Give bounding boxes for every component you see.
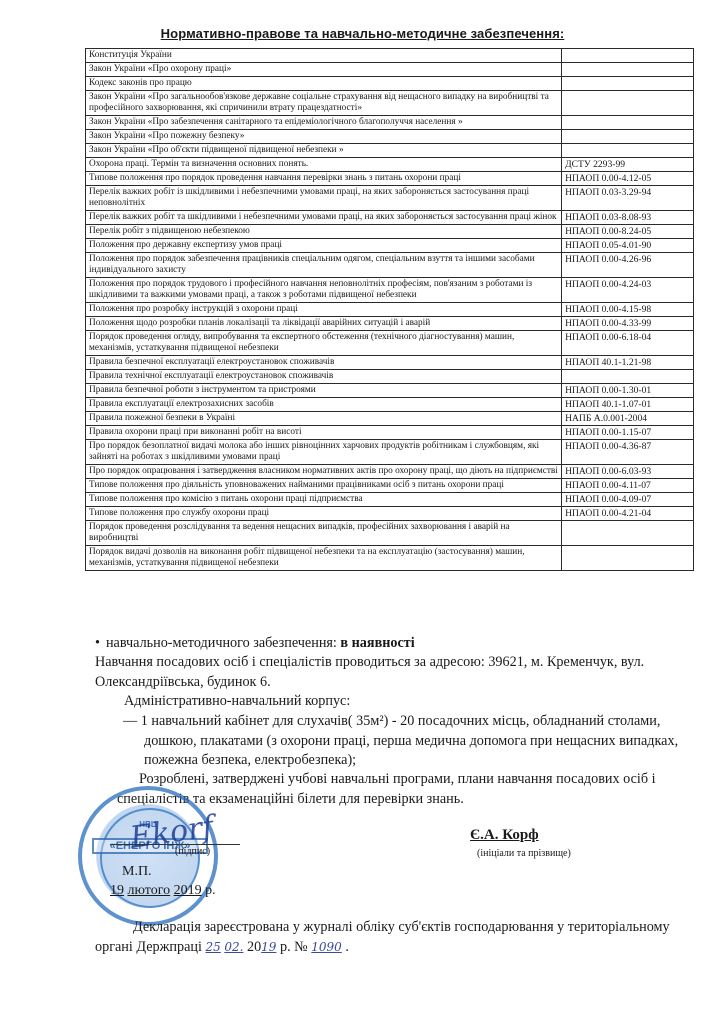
developed-programs: Розроблені, затверджені учбові навчальні… bbox=[117, 770, 702, 809]
document-title-cell: Типове положення про службу охорони прац… bbox=[86, 507, 562, 521]
document-title-cell: Типове положення про порядок проведення … bbox=[86, 172, 562, 186]
table-row: Порядок проведення розслідування та веде… bbox=[86, 521, 694, 546]
document-code-cell: НПАОП 0.00-6.03-93 bbox=[562, 465, 694, 479]
declaration-text: Декларація зареєстрована у журналі облік… bbox=[95, 919, 670, 955]
table-row: Типове положення про комісію з питань ох… bbox=[86, 493, 694, 507]
document-code-cell bbox=[562, 144, 694, 158]
document-code-cell bbox=[562, 91, 694, 116]
date-suffix: р. bbox=[205, 883, 216, 898]
table-row: Про порядок безоплатної видачі молока аб… bbox=[86, 440, 694, 465]
table-row: Правила експлуатації електрозахисних зас… bbox=[86, 398, 694, 412]
page-title: Нормативно-правове та навчально-методичн… bbox=[0, 26, 725, 41]
date-month: лютого bbox=[128, 883, 171, 898]
document-code-cell: НПАОП 0.03-3.29-94 bbox=[562, 186, 694, 211]
reg-day: 25 bbox=[206, 940, 221, 954]
reg-month: 02. bbox=[224, 940, 243, 954]
document-title-cell: Закон України «Про пожежну безпеку» bbox=[86, 130, 562, 144]
document-code-cell: НПАОП 0.00-8.24-05 bbox=[562, 225, 694, 239]
document-code-cell: НПАОП 0.00-4.11-07 bbox=[562, 479, 694, 493]
table-row: Закон України «Про забезпечення санітарн… bbox=[86, 116, 694, 130]
document-title-cell: Порядок проведення огляду, випробування … bbox=[86, 331, 562, 356]
document-title-cell: Закон України «Про охорону праці» bbox=[86, 63, 562, 77]
reg-number: 1090 bbox=[311, 940, 342, 954]
document-title-cell: Правила безпечної роботи з інструментом … bbox=[86, 384, 562, 398]
table-row: Правила пожежної безпеки в УкраїніНАПБ А… bbox=[86, 412, 694, 426]
document-code-cell: НПАОП 0.00-4.09-07 bbox=[562, 493, 694, 507]
document-title-cell: Конституція України bbox=[86, 49, 562, 63]
document-code-cell: НПАОП 0.00-4.12-05 bbox=[562, 172, 694, 186]
document-title-cell: Перелік робіт з підвищеною небезпекою bbox=[86, 225, 562, 239]
document-code-cell bbox=[562, 116, 694, 130]
normative-documents-table: Конституція УкраїниЗакон України «Про ох… bbox=[85, 48, 694, 571]
document-title-cell: Положення про порядок трудового і профес… bbox=[86, 278, 562, 303]
document-code-cell: НАПБ А.0.001-2004 bbox=[562, 412, 694, 426]
document-title-cell: Перелік важких робіт із шкідливими і неб… bbox=[86, 186, 562, 211]
document-code-cell bbox=[562, 521, 694, 546]
table-row: Положення про державну експертизу умов п… bbox=[86, 239, 694, 253]
seal-place-label: М.П. bbox=[122, 864, 152, 880]
declaration-registration: Декларація зареєстрована у журналі облік… bbox=[95, 918, 695, 957]
table-row: Положення про порядок забезпечення праці… bbox=[86, 253, 694, 278]
table-row: Положення про порядок трудового і профес… bbox=[86, 278, 694, 303]
table-row: Правила безпечної експлуатації електроус… bbox=[86, 356, 694, 370]
document-title-cell: Про порядок безоплатної видачі молока аб… bbox=[86, 440, 562, 465]
table-row: Порядок видачі дозволів на виконання роб… bbox=[86, 546, 694, 571]
document-code-cell: НПАОП 0.00-1.15-07 bbox=[562, 426, 694, 440]
table-row: Правила безпечної роботи з інструментом … bbox=[86, 384, 694, 398]
document-title-cell: Перелік важких робіт та шкідливими і неб… bbox=[86, 211, 562, 225]
document-code-cell bbox=[562, 370, 694, 384]
document-code-cell bbox=[562, 546, 694, 571]
table-row: Перелік важких робіт та шкідливими і неб… bbox=[86, 211, 694, 225]
document-title-cell: Закон України «Про об'єкти підвищеної пі… bbox=[86, 144, 562, 158]
document-code-cell bbox=[562, 63, 694, 77]
table-row: Правила технічної експлуатації електроус… bbox=[86, 370, 694, 384]
document-title-cell: Порядок видачі дозволів на виконання роб… bbox=[86, 546, 562, 571]
document-title-cell: Правила технічної експлуатації електроус… bbox=[86, 370, 562, 384]
table-row: Закон України «Про об'єкти підвищеної пі… bbox=[86, 144, 694, 158]
document-code-cell bbox=[562, 77, 694, 91]
document-code-cell: НПАОП 0.00-4.26-96 bbox=[562, 253, 694, 278]
document-title-cell: Закон України «Про загальнообов'язкове д… bbox=[86, 91, 562, 116]
table-row: Перелік важких робіт із шкідливими і неб… bbox=[86, 186, 694, 211]
document-title-cell: Положення про розробку інструкцій з охор… bbox=[86, 303, 562, 317]
document-code-cell: НПАОП 0.03-8.08-93 bbox=[562, 211, 694, 225]
document-code-cell: НПАОП 0.00-6.18-04 bbox=[562, 331, 694, 356]
methodical-status: в наявності bbox=[340, 635, 414, 651]
table-row: Порядок проведення огляду, випробування … bbox=[86, 331, 694, 356]
document-code-cell: НПАОП 40.1-1.07-01 bbox=[562, 398, 694, 412]
date-day: 19 bbox=[110, 883, 124, 898]
document-title-cell: Положення про порядок забезпечення праці… bbox=[86, 253, 562, 278]
document-title-cell: Правила експлуатації електрозахисних зас… bbox=[86, 398, 562, 412]
table-row: Типове положення про порядок проведення … bbox=[86, 172, 694, 186]
reg-year-prefix: 20 bbox=[247, 939, 261, 955]
classroom-description: — 1 навчальний кабінет для слухачів( 35м… bbox=[117, 712, 724, 771]
table-row: Типове положення про службу охорони прац… bbox=[86, 507, 694, 521]
date-year: 2019 bbox=[174, 883, 202, 898]
document-title-cell: Правила безпечної експлуатації електроус… bbox=[86, 356, 562, 370]
document-code-cell: НПАОП 0.00-4.36-87 bbox=[562, 440, 694, 465]
document-title-cell: Про порядок опрацювання і затвердження в… bbox=[86, 465, 562, 479]
document-title-cell: Правила пожежної безпеки в Україні bbox=[86, 412, 562, 426]
document-code-cell bbox=[562, 130, 694, 144]
document-title-cell: Охорона праці. Термін та визначення осно… bbox=[86, 158, 562, 172]
methodical-label: навчально-методичного забезпечення: bbox=[106, 635, 340, 651]
document-code-cell: НПАОП 0.05-4.01-90 bbox=[562, 239, 694, 253]
table-row: Охорона праці. Термін та визначення осно… bbox=[86, 158, 694, 172]
table-row: Типове положення про діяльність уповнова… bbox=[86, 479, 694, 493]
document-code-cell: НПАОП 0.00-4.24-03 bbox=[562, 278, 694, 303]
document-code-cell bbox=[562, 49, 694, 63]
document-code-cell: НПАОП 40.1-1.21-98 bbox=[562, 356, 694, 370]
document-code-cell: НПАОП 0.00-4.15-98 bbox=[562, 303, 694, 317]
document-title-cell: Правила охорони праці при виконанні робі… bbox=[86, 426, 562, 440]
reg-year-suffix: 19 bbox=[261, 940, 276, 954]
document-title-cell: Закон України «Про забезпечення санітарн… bbox=[86, 116, 562, 130]
table-row: Закон України «Про загальнообов'язкове д… bbox=[86, 91, 694, 116]
table-row: Правила охорони праці при виконанні робі… bbox=[86, 426, 694, 440]
document-code-cell: ДСТУ 2293-99 bbox=[562, 158, 694, 172]
declaration-end: . bbox=[342, 939, 349, 955]
document-title-cell: Положення щодо розробки планів локалізац… bbox=[86, 317, 562, 331]
table-row: Положення про розробку інструкцій з охор… bbox=[86, 303, 694, 317]
table-row: Кодекс законів про працю bbox=[86, 77, 694, 91]
table-row: Перелік робіт з підвищеною небезпекоюНПА… bbox=[86, 225, 694, 239]
document-code-cell: НПАОП 0.00-4.33-99 bbox=[562, 317, 694, 331]
reg-number-label: р. № bbox=[276, 939, 311, 955]
document-title-cell: Порядок проведення розслідування та веде… bbox=[86, 521, 562, 546]
table-row: Положення щодо розробки планів локалізац… bbox=[86, 317, 694, 331]
table-row: Про порядок опрацювання і затвердження в… bbox=[86, 465, 694, 479]
table-row: Закон України «Про пожежну безпеку» bbox=[86, 130, 694, 144]
corpus-label: Адміністративно-навчальний корпус: bbox=[95, 692, 724, 712]
document-code-cell: НПАОП 0.00-1.30-01 bbox=[562, 384, 694, 398]
document-title-cell: Типове положення про діяльність уповнова… bbox=[86, 479, 562, 493]
document-title-cell: Кодекс законів про працю bbox=[86, 77, 562, 91]
document-code-cell: НПАОП 0.00-4.21-04 bbox=[562, 507, 694, 521]
signature-date: 19 лютого 2019 р. bbox=[110, 883, 216, 899]
document-title-cell: Типове положення про комісію з питань ох… bbox=[86, 493, 562, 507]
table-row: Конституція України bbox=[86, 49, 694, 63]
table-row: Закон України «Про охорону праці» bbox=[86, 63, 694, 77]
signatory-name-caption: (ініціали та прізвище) bbox=[477, 848, 571, 859]
document-title-cell: Положення про державну експертизу умов п… bbox=[86, 239, 562, 253]
signatory-name: Є.А. Корф bbox=[470, 827, 539, 844]
signature-caption: (підпис) bbox=[175, 846, 210, 857]
methodical-support-line: •навчально-методичного забезпечення: в н… bbox=[95, 634, 695, 654]
training-address: Навчання посадових осіб і спеціалістів п… bbox=[95, 653, 695, 692]
signature-line bbox=[110, 844, 240, 845]
bullet-icon: • bbox=[95, 634, 100, 654]
